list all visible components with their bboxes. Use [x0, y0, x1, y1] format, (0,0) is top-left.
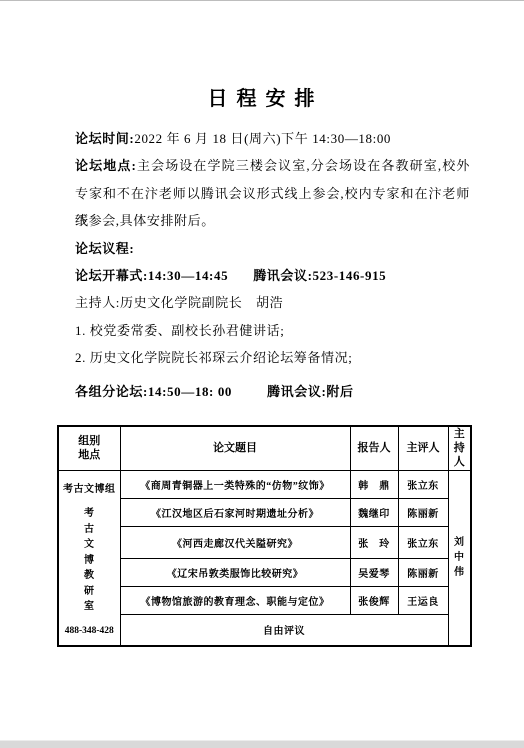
- paper-title-cell: 《商周青铜器上一类特殊的“仿物”纹饰》: [120, 470, 350, 498]
- paper-title-cell: 《江汉地区后石家河时期遗址分析》: [120, 498, 350, 526]
- agenda-item-2: 2. 历史文化学院院长祁琛云介绍论坛筹备情况;: [75, 344, 470, 371]
- presenter-cell: 魏继印: [350, 498, 398, 526]
- table-row: 《辽宋吊敦类服饰比较研究》 吴爱琴 陈丽新: [58, 558, 471, 586]
- forum-location-line-2: 专家和不在汴老师以腾讯会议形式线上参会,校内专家和在汴老师线: [75, 180, 470, 207]
- reviewer-cell: 张立东: [398, 526, 448, 558]
- table-header-row: 组别 地点 论文题目 报告人 主评人 主 持 人: [58, 426, 471, 470]
- presenter-cell: 吴爱琴: [350, 558, 398, 586]
- host-line: 主持人:历史文化学院副院长 胡浩: [75, 289, 470, 316]
- col-header-presenter: 报告人: [350, 426, 398, 470]
- paper-title-cell: 《辽宋吊敦类服饰比较研究》: [120, 558, 350, 586]
- col-header-group-location: 组别 地点: [58, 426, 120, 470]
- col-header-chair: 主 持 人: [448, 426, 471, 470]
- forum-location-text-1: 主会场设在学院三楼会议室,分会场设在各教研室,校外: [136, 158, 470, 173]
- opening-meeting-id: 腾讯会议:523-146-915: [253, 268, 386, 283]
- group-cell: 考古文博组 考 古 文 博 教 研 室 488-348-428: [58, 470, 120, 646]
- forum-agenda-label: 论坛议程:: [75, 235, 470, 262]
- group-chair: 刘 中 伟: [448, 470, 471, 646]
- reviewer-cell: 张立东: [398, 470, 448, 498]
- free-discussion-cell: 自由评议: [120, 614, 448, 646]
- presenter-cell: 张 玲: [350, 526, 398, 558]
- table-row: 《河西走廊汉代关隘研究》 张 玲 张立东: [58, 526, 471, 558]
- viewer-bottom-edge: [0, 740, 524, 748]
- document-body: 论坛时间:2022 年 6 月 18 日(周六)下午 14:30—18:00 论…: [75, 125, 470, 405]
- group-name: 考古文博组: [63, 480, 116, 495]
- table-row: 《江汉地区后石家河时期遗址分析》 魏继印 陈丽新: [58, 498, 471, 526]
- group-meeting-id: 488-348-428: [65, 626, 114, 636]
- paper-title-cell: 《博物馆旅游的教育理念、职能与定位》: [120, 586, 350, 614]
- opening-ceremony-time: 论坛开幕式:14:30—14:45: [75, 268, 228, 283]
- sub-forums-line: 各组分论坛:14:50—18: 00腾讯会议:附后: [75, 378, 470, 405]
- reviewer-cell: 陈丽新: [398, 558, 448, 586]
- table-row: 《博物馆旅游的教育理念、职能与定位》 张俊辉 王运良: [58, 586, 471, 614]
- paper-title-cell: 《河西走廊汉代关隘研究》: [120, 526, 350, 558]
- opening-ceremony-line: 论坛开幕式:14:30—14:45腾讯会议:523-146-915: [75, 262, 470, 289]
- document-page: 日 程 安 排 论坛时间:2022 年 6 月 18 日(周六)下午 14:30…: [0, 0, 524, 748]
- forum-time-value: 2022 年 6 月 18 日(周六)下午 14:30—18:00: [134, 131, 391, 146]
- forum-location-label: 论坛地点:: [75, 158, 136, 173]
- sub-forums-time: 各组分论坛:14:50—18: 00: [75, 384, 232, 399]
- forum-time-label: 论坛时间:: [75, 131, 134, 146]
- group-cell-content: 考古文博组 考 古 文 博 教 研 室 488-348-428: [61, 474, 118, 642]
- agenda-item-1: 1. 校党委常委、副校长孙君健讲话;: [75, 317, 470, 344]
- schedule-table: 组别 地点 论文题目 报告人 主评人 主 持 人 考古文博组 考 古 文 博 教…: [57, 425, 472, 647]
- reviewer-cell: 陈丽新: [398, 498, 448, 526]
- table-row: 考古文博组 考 古 文 博 教 研 室 488-348-428 《商周青铜器上一…: [58, 470, 471, 498]
- document-title: 日 程 安 排: [0, 82, 524, 111]
- sub-forums-meeting-id: 腾讯会议:附后: [267, 384, 354, 399]
- reviewer-cell: 王运良: [398, 586, 448, 614]
- col-header-paper-title: 论文题目: [120, 426, 350, 470]
- group-room-vertical: 考 古 文 博 教 研 室: [84, 506, 95, 615]
- col-header-reviewer: 主评人: [398, 426, 448, 470]
- forum-location-line-1: 论坛地点:主会场设在学院三楼会议室,分会场设在各教研室,校外: [75, 152, 470, 179]
- forum-location-line-3: 下参会,具体安排附后。: [75, 207, 470, 234]
- table-row: 自由评议: [58, 614, 471, 646]
- presenter-cell: 张俊辉: [350, 586, 398, 614]
- presenter-cell: 韩 鼎: [350, 470, 398, 498]
- forum-time-line: 论坛时间:2022 年 6 月 18 日(周六)下午 14:30—18:00: [75, 125, 470, 152]
